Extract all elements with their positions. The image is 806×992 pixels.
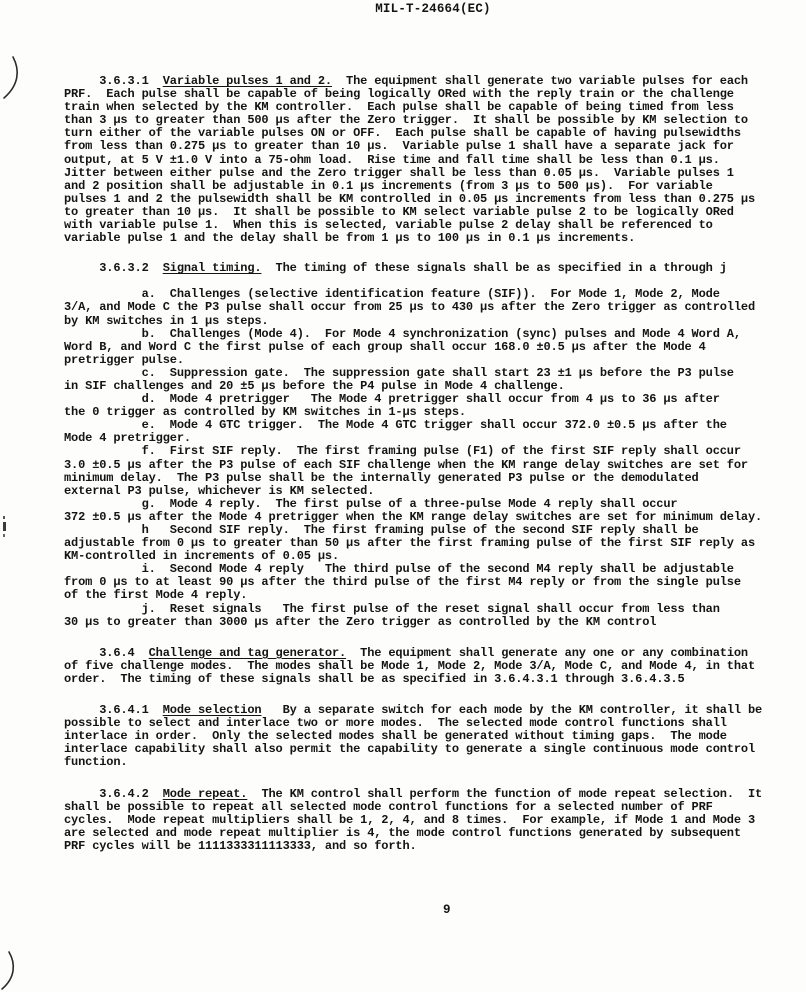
paragraph-item-j: j. Reset signals The first pulse of the …: [64, 603, 806, 629]
text-line: c. Suppression gate. The suppression gat…: [64, 367, 806, 380]
text-line: variable pulse 1 and the delay shall be …: [64, 232, 806, 245]
text-line: 3.6.3.2 Signal timing. The timing of the…: [64, 262, 806, 275]
paragraph-item-c: c. Suppression gate. The suppression gat…: [64, 367, 806, 393]
text-line: pulses 1 and 2 the pulsewidth shall be K…: [64, 193, 806, 206]
paragraph-item-d: d. Mode 4 pretrigger The Mode 4 pretrigg…: [64, 393, 806, 419]
section-title-underlined: Mode repeat.: [163, 787, 248, 801]
document-header-title: MIL-T-24664(EC): [60, 2, 806, 16]
text-line: f. First SIF reply. The first framing pu…: [64, 445, 806, 458]
text-line: and 2 position shall be adjustable in 0.…: [64, 180, 806, 193]
text-line: 30 μs to greater than 3000 μs after the …: [64, 616, 806, 629]
paragraph-item-g: g. Mode 4 reply. The first pulse of a th…: [64, 498, 806, 524]
paragraph-item-h: h Second SIF reply. The first framing pu…: [64, 524, 806, 563]
paragraph-item-a: a. Challenges (selective identification …: [64, 288, 806, 327]
section-title-underlined: Mode selection: [163, 703, 262, 717]
text-line: minimum delay. The P3 pulse shall be the…: [64, 472, 806, 485]
text-line: order. The timing of these signals shall…: [64, 673, 806, 686]
text-line: of five challenge modes. The modes shall…: [64, 660, 806, 673]
text-line: output, at 5 V ±1.0 V into a 75-ohm load…: [64, 154, 806, 167]
paragraph-3-6-4-2: 3.6.4.2 Mode repeat. The KM control shal…: [64, 788, 806, 853]
paragraph-item-b: b. Challenges (Mode 4). For Mode 4 synch…: [64, 328, 806, 367]
section-title-underlined: Signal timing.: [163, 261, 262, 275]
section-title-underlined: Challenge and tag generator.: [149, 646, 346, 660]
text-line: shall be possible to repeat all selected…: [64, 801, 806, 814]
text-line: function.: [64, 756, 806, 769]
text-line: 3.6.4.2 Mode repeat. The KM control shal…: [64, 788, 806, 801]
document-body: 3.6.3.1 Variable pulses 1 and 2. The equ…: [64, 75, 806, 853]
text-line: 3.0 ±0.5 μs after the P3 pulse of each S…: [64, 459, 806, 472]
paragraph-item-e: e. Mode 4 GTC trigger. The Mode 4 GTC tr…: [64, 419, 806, 445]
text-line: 3/A, and Mode C the P3 pulse shall occur…: [64, 301, 806, 314]
text-line: pretrigger pulse.: [64, 354, 806, 367]
text-line: cycles. Mode repeat multipliers shall be…: [64, 814, 806, 827]
text-line: from less than 0.275 μs to greater than …: [64, 140, 806, 153]
page-number: 9: [443, 903, 451, 917]
paragraph-3-6-3-2: 3.6.3.2 Signal timing. The timing of the…: [64, 262, 806, 275]
text-line: Word B, and Word C the first pulse of ea…: [64, 341, 806, 354]
text-line: by KM switches in 1 μs steps.: [64, 315, 806, 328]
scan-paren-mark-bottom: [0, 950, 16, 992]
text-line: external P3 pulse, whichever is KM selec…: [64, 485, 806, 498]
scan-dash-mark-left: [3, 516, 6, 537]
text-line: j. Reset signals The first pulse of the …: [64, 603, 806, 616]
document-page: MIL-T-24664(EC) 3.6.3.1 Variable pulses …: [0, 0, 806, 992]
section-title-underlined: Variable pulses 1 and 2.: [163, 74, 332, 88]
paragraph-3-6-3-1: 3.6.3.1 Variable pulses 1 and 2. The equ…: [64, 75, 806, 245]
paragraph-3-6-4: 3.6.4 Challenge and tag generator. The e…: [64, 647, 806, 686]
text-line: b. Challenges (Mode 4). For Mode 4 synch…: [64, 328, 806, 341]
paragraph-3-6-4-1: 3.6.4.1 Mode selection By a separate swi…: [64, 704, 806, 769]
text-line: 3.6.4 Challenge and tag generator. The e…: [64, 647, 806, 660]
text-line: Jitter between either pulse and the Zero…: [64, 167, 806, 180]
scan-paren-mark-top: [0, 55, 20, 106]
text-line: are selected and mode repeat multiplier …: [64, 827, 806, 840]
text-line: g. Mode 4 reply. The first pulse of a th…: [64, 498, 806, 511]
paragraph-item-i: i. Second Mode 4 reply The third pulse o…: [64, 563, 806, 602]
text-line: interlace capability shall also permit t…: [64, 743, 806, 756]
text-line: PRF cycles will be 1111333311113333, and…: [64, 840, 806, 853]
text-line: of the first Mode 4 reply.: [64, 589, 806, 602]
paragraph-item-f: f. First SIF reply. The first framing pu…: [64, 445, 806, 497]
